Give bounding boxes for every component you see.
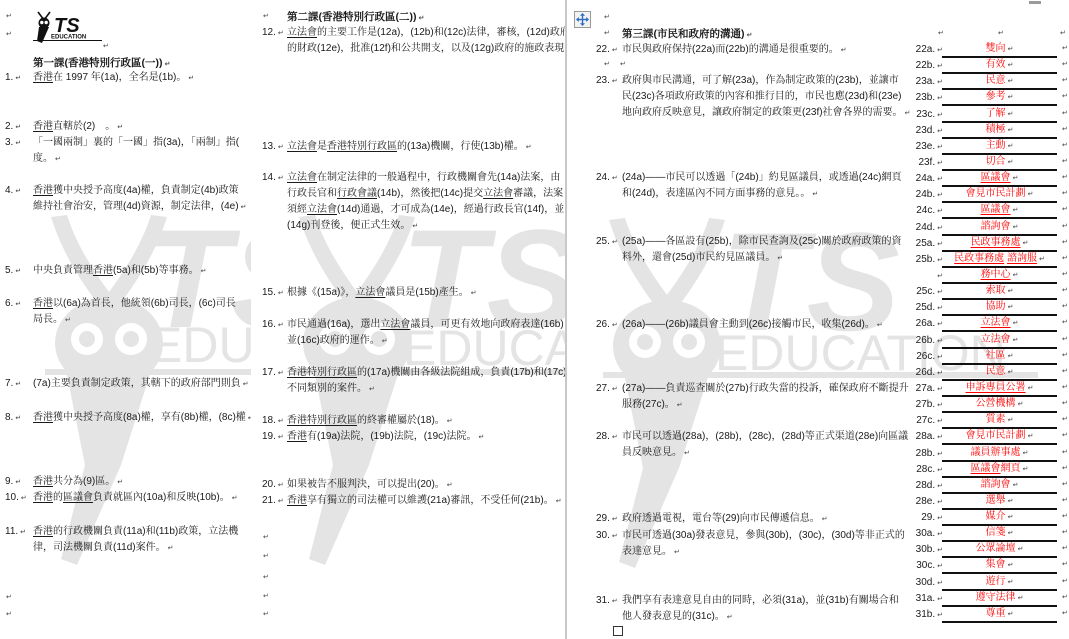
answer-cell: 立法會↵ (942, 333, 1057, 349)
proper-noun: 香港特別行政區 (287, 415, 357, 426)
paragraph-mark: ↵ (1062, 448, 1068, 456)
question-line: (14g)刊登後，便正式生效。↵ (287, 218, 564, 234)
paragraph-mark: ↵ (1018, 546, 1024, 553)
paragraph-mark: ↵ (1062, 76, 1068, 84)
paragraph-mark: ↵ (604, 29, 610, 39)
paragraph-mark: ↵ (165, 61, 171, 68)
answer-cell: 諮詢會↵ (942, 220, 1057, 236)
paragraph-mark: ↵ (1013, 482, 1019, 489)
paragraph-mark: ↵ (822, 516, 828, 523)
question-number: 22.↵ (596, 42, 618, 59)
question-line: 須經立法會(14d)通過，才可成為(14e)，經過行政長官(14f)，並 (287, 202, 564, 218)
paragraph-mark: ↵ (674, 549, 680, 556)
text-segment: (27a)——負責巡查關於(27b)行政失當的投訴，確保政府不斷提升 (622, 383, 909, 394)
question-line: 香港特別行政區的終審權屬於(18)。↵ (287, 413, 453, 429)
question-number-text: 12. (262, 27, 276, 38)
answer-label: 23b.↵ (895, 91, 943, 106)
answer-cell: 議員辦事處↵ (942, 446, 1057, 462)
document-page: TS EDUCATION TS EDUCATION 第一課(香港特別行政區(一)… (0, 0, 1069, 639)
paragraph-mark: ↵ (6, 610, 12, 620)
answer-cell: 遊行↵ (942, 575, 1057, 591)
answer-label-text: 26b. (916, 335, 935, 346)
question-number-text: 24. (596, 172, 610, 183)
answer-label: 23a.↵ (895, 75, 943, 90)
paragraph-mark: ↵ (1023, 466, 1029, 473)
question-number-text: 2. (5, 121, 13, 132)
question-text: 我們享有表達意見自由的同時，必須(31a)，並(31b)有關場合和他人發表意見的… (622, 593, 899, 625)
answer-label: 28b.↵ (895, 447, 943, 462)
proper-noun: 香港 (33, 412, 53, 423)
page-column-lesson-2: TS EDUCATION 第二課(香港特別行政區(二))↵12.↵立法會的主要工… (253, 0, 565, 639)
paragraph-mark: ↵ (1062, 480, 1068, 488)
proper-noun: 香港 (33, 185, 53, 196)
paragraph-mark: ↵ (15, 75, 21, 82)
answer-label-text: 25d. (916, 302, 935, 313)
paragraph-mark: ↵ (1062, 109, 1068, 117)
answer-row: ↵務中心↵↵ (895, 268, 1069, 284)
paragraph-mark: ↵ (278, 482, 284, 489)
question-line: 立法會的主要工作是(12a)，(12b)和(12c)法律，審核，(12d)政府 (287, 25, 565, 41)
answer-row: 23e.↵主動↵↵ (895, 139, 1069, 155)
paragraph-mark: ↵ (612, 533, 618, 540)
question-number: 7.↵ (5, 376, 21, 393)
question-number: 27.↵ (596, 381, 618, 398)
paragraph-mark: ↵ (1062, 44, 1068, 52)
question-text: 香港在 1997 年(1a)，全名是(1b)。↵ (33, 70, 194, 86)
answer-cell: 民意↵ (942, 74, 1057, 90)
text-segment: 「一國兩制」裏的「一國」指(3a)，「兩制」指( (33, 137, 239, 148)
answer-cell: 有效↵ (942, 58, 1057, 74)
text-segment: 獲中央授予高度(8a)權，享有(8b)權，(8c)權 (53, 412, 246, 423)
proper-noun: 區議會 (63, 492, 93, 503)
paragraph-mark: ↵ (1008, 288, 1014, 295)
paragraph-mark: ↵ (1028, 385, 1034, 392)
question-number-text: 3. (5, 137, 13, 148)
question-number-text: 16. (262, 319, 276, 330)
question-line: 政府透過電視，電台等(29)向市民傳遞信息。↵ (622, 511, 828, 527)
answer-label-text: 31b. (916, 609, 935, 620)
question-number-text: 1. (5, 72, 13, 83)
paragraph-mark: ↵ (612, 239, 618, 246)
question-number: 21.↵ (262, 493, 284, 510)
question-number-text: 28. (596, 431, 610, 442)
answer-label: 25d.↵ (895, 301, 943, 316)
paragraph-mark: ↵ (1062, 335, 1068, 343)
owl-pen-icon (37, 12, 50, 43)
question-line: 如果被告不服判決，可以提出(20)。↵ (287, 477, 453, 493)
text-segment: 以(6a)為首長，他統領(6b)司長，(6c)司長 (53, 298, 236, 309)
paragraph-mark: ↵ (1008, 62, 1014, 69)
answer-row: 22a.↵雙向↵↵ (895, 42, 1069, 58)
answer-cell: 遵守法律↵ (942, 591, 1057, 607)
answer-row: 24d.↵諮詢會↵↵ (895, 220, 1069, 236)
text-segment: (14b)，然後把(14c)提交 (377, 188, 483, 199)
question-line: 香港的行政機關負責(11a)和(11b)政策，立法機 (33, 524, 238, 540)
answer-label-text: 22a. (916, 44, 935, 55)
question-text: (24a)——市民可以透過「(24b)」約見區議員，或透過(24c)網頁和(24… (622, 170, 901, 202)
answer-text: 諮詢會 (981, 221, 1011, 232)
answer-label-text: 25b. (916, 254, 935, 265)
paragraph-mark: ↵ (1013, 175, 1019, 182)
text-segment: 不同類別的案件。 (287, 383, 367, 394)
question-number: 18.↵ (262, 413, 284, 430)
paragraph-mark: ↵ (1062, 302, 1068, 310)
question-line: 地向政府反映意見，讓政府制定的政策更(23f)社會各界的需要。↵ (622, 105, 910, 121)
text-segment: 在制定法律的一般過程中，行政機關會先(14a)法案，由 (317, 172, 560, 183)
paragraph-mark: ↵ (1062, 157, 1068, 165)
text-segment: 的 (53, 492, 63, 503)
question-text: 香港共分為(9)區。↵ (33, 474, 123, 490)
paragraph-mark: ↵ (612, 78, 618, 85)
answer-cell: 積極↵ (942, 123, 1057, 139)
question-line: 香港有(19a)法院，(19b)法院，(19c)法院。↵ (287, 429, 484, 445)
answer-row: 25b.↵民政事務處 諮詢服↵↵ (895, 252, 1069, 268)
question-number-text: 10. (5, 492, 19, 503)
question-line: 我們享有表達意見自由的同時，必須(31a)，並(31b)有關場合和 (622, 593, 899, 609)
question-text: 香港有(19a)法院，(19b)法院，(19c)法院。↵ (287, 429, 484, 445)
answer-text: 民意 (986, 75, 1006, 86)
paragraph-mark: ↵ (1062, 189, 1068, 197)
question-text: 香港特別行政區的(17a)機關由各級法院組成，負責(17b)和(17c)不同類別… (287, 365, 565, 397)
paragraph-mark: ↵ (1008, 111, 1014, 118)
answer-cell: 民意↵ (942, 365, 1057, 381)
paragraph-mark: ↵ (15, 479, 21, 486)
paragraph-mark: ↵ (243, 381, 249, 388)
text-segment: 須經 (287, 204, 307, 215)
answer-cell: 公眾論壇↵ (942, 542, 1057, 558)
answer-row: 28b.↵議員辦事處↵↵ (895, 446, 1069, 462)
question-number-text: 14. (262, 172, 276, 183)
paragraph-mark: ↵ (612, 175, 618, 182)
paragraph-mark: ↵ (278, 418, 284, 425)
question-number: 11.↵ (5, 524, 26, 541)
paragraph-mark: ↵ (248, 415, 251, 422)
paragraph-mark: ↵ (447, 418, 453, 425)
paragraph-mark: ↵ (201, 268, 207, 275)
answer-cell: 選舉↵ (942, 494, 1057, 510)
answer-text: 有效 (986, 59, 1006, 70)
paragraph-mark: ↵ (20, 529, 26, 536)
answer-label-text: 31a. (916, 593, 935, 604)
text-segment: 維持社會治安，管理(4d)資源，制定法律，(4e) (33, 201, 239, 212)
answer-row: 26b.↵立法會↵↵ (895, 333, 1069, 349)
paragraph-mark: ↵ (1062, 238, 1068, 246)
answer-text: 遵守法律 (976, 592, 1016, 603)
text-segment: 如果被告不服判決，可以提出(20)。 (287, 479, 445, 490)
paragraph-mark: ↵ (1062, 173, 1068, 181)
watermark-brand: TS (145, 215, 251, 357)
question-text: 立法會是香港特別行政區的(13a)機關，行使(13b)權。↵ (287, 139, 532, 155)
answer-label: 30b.↵ (895, 543, 943, 558)
question-text: 如果被告不服判決，可以提出(20)。↵ (287, 477, 453, 493)
question-number-text: 7. (5, 378, 13, 389)
paragraph-mark: ↵ (278, 144, 284, 151)
answer-row: 27b.↵公營機構↵↵ (895, 397, 1069, 413)
text-segment: 律，司法機關負責(11d)案件。 (33, 542, 166, 553)
question-number: 6.↵ (5, 296, 21, 313)
paragraph-mark: ↵ (1062, 415, 1068, 423)
question-number-text: 20. (262, 479, 276, 490)
text-segment: 並(16c)政府的運作。 (287, 335, 380, 346)
paragraph-mark: ↵ (684, 450, 690, 457)
question-text: 香港以(6a)為首長，他統領(6b)司長，(6c)司長局長。↵ (33, 296, 236, 328)
paragraph-mark: ↵ (1013, 272, 1019, 279)
answer-cell: 諮詢會↵ (942, 478, 1057, 494)
answer-row: 25c.↵索取↵↵ (895, 284, 1069, 300)
answer-text: 議員辦事處 (971, 447, 1021, 458)
paragraph-mark: ↵ (1062, 318, 1068, 326)
question-text: 市民可透過(30a)發表意見，參與(30b)，(30c)，(30d)等非正式的表… (622, 528, 905, 560)
question-line: 香港以(6a)為首長，他統領(6b)司長，(6c)司長 (33, 296, 236, 312)
paragraph-mark: ↵ (65, 317, 71, 324)
answer-text: 質素 (986, 414, 1006, 425)
paragraph-mark: ↵ (6, 12, 12, 22)
paragraph-mark: ↵ (117, 479, 123, 486)
text-segment: 員反映意見。 (622, 447, 682, 458)
question-line: 料外，還會(25d)市民約見區議員。↵ (622, 250, 901, 266)
question-number: 4.↵ (5, 183, 21, 200)
proper-noun: 香港 (33, 72, 53, 83)
question-line: (26a)——(26b)議員會主動到(26c)接觸市民，收集(26d)。↵ (622, 317, 883, 333)
question-number: 17.↵ (262, 365, 284, 382)
question-number: 8.↵ (5, 410, 21, 427)
paragraph-mark: ↵ (278, 498, 284, 505)
paragraph-mark: ↵ (612, 598, 618, 605)
question-line: 香港獲中央授予高度(8a)權，享有(8b)權，(8c)權↵ (33, 410, 251, 426)
answer-label-text: 23f. (918, 157, 935, 168)
answer-label: 22b.↵ (895, 59, 943, 74)
question-number-text: 8. (5, 412, 13, 423)
answer-label: 22a.↵ (895, 43, 943, 58)
answer-cell: 媒介↵ (942, 510, 1057, 526)
answer-text: 索取 (986, 285, 1006, 296)
proper-noun: 立法會 (287, 141, 317, 152)
answer-label: 29.↵ (895, 511, 943, 526)
answer-row: 31a.↵遵守法律↵↵ (895, 591, 1069, 607)
question-line: 行政長官和行政會議(14b)，然後把(14c)提交立法會審議，法案 (287, 186, 564, 202)
paragraph-mark: ↵ (526, 144, 532, 151)
question-number-text: 17. (262, 367, 276, 378)
question-number: 9.↵ (5, 474, 21, 491)
paragraph-mark: ↵ (1062, 141, 1068, 149)
answer-label: 26d.↵ (895, 366, 943, 381)
paragraph-mark: ↵ (1008, 369, 1014, 376)
paragraph-mark: ↵ (15, 140, 21, 147)
text-segment: (14g)刊登後，便正式生效。 (287, 220, 410, 231)
question-line: 度。↵ (33, 151, 239, 167)
question-number: 20.↵ (262, 477, 284, 494)
scroll-indicator (1029, 1, 1041, 4)
question-line: (7a)主要負責制定政策，其轄下的政府部門則負↵ (33, 376, 249, 392)
answer-text: 切合 (986, 156, 1006, 167)
question-line: 香港直轄於(2) 。↵ (33, 119, 123, 135)
question-number-text: 15. (262, 287, 276, 298)
paragraph-mark: ↵ (241, 204, 247, 211)
answer-row: 29.↵媒介↵↵ (895, 510, 1069, 526)
text-segment: (24a)——市民可以透過「(24b)」約見區議員，或透過(24c)網頁 (622, 172, 901, 183)
question-line: 局長。↵ (33, 312, 236, 328)
answer-label: 27b.↵ (895, 398, 943, 413)
question-line: 民(23c)各項政府政策的內容和推行目的，市民也應(23d)和(23e) (622, 89, 910, 105)
question-number-text: 25. (596, 236, 610, 247)
question-number-text: 9. (5, 476, 13, 487)
question-line: 香港在 1997 年(1a)，全名是(1b)。↵ (33, 70, 194, 86)
answer-label: 24a.↵ (895, 172, 943, 187)
question-text: (27a)——負責巡查關於(27b)行政失當的投訴，確保政府不斷提升服務(27c… (622, 381, 909, 413)
question-line: 根據《(15a)》，立法會議員是(15b)產生。↵ (287, 285, 477, 301)
answer-text: 尊重 (986, 608, 1006, 619)
answer-text: 媒介 (986, 511, 1006, 522)
paragraph-mark: ↵ (1062, 593, 1068, 601)
proper-noun: 香港 (33, 526, 53, 537)
answer-row: 23f.↵切合↵↵ (895, 155, 1069, 171)
text-segment: 市民與政府保持(22a)而(22b)的溝通是很重要的。 (622, 44, 839, 55)
question-line: 中央負責管理香港(5a)和(5b)等事務。↵ (33, 263, 206, 279)
answer-text: 遊行 (986, 576, 1006, 587)
answer-row: 28c.↵區議會網頁↵↵ (895, 462, 1069, 478)
answer-label-text: 27c. (916, 415, 935, 426)
question-number: 26.↵ (596, 317, 618, 334)
paragraph-mark: ↵ (1018, 401, 1024, 408)
paragraph-mark: ↵ (612, 434, 618, 441)
proper-noun: 香港 (33, 476, 53, 487)
text-segment: 地向政府反映意見，讓政府制定的政策更(23f)社會各界的需要。 (622, 107, 903, 118)
answer-cell: 雙向↵ (942, 42, 1057, 58)
question-number: 24.↵ (596, 170, 618, 187)
answer-label: 23f.↵ (895, 156, 943, 171)
paragraph-mark: ↵ (263, 573, 269, 583)
question-line: 立法會在制定法律的一般過程中，行政機關會先(14a)法案，由 (287, 170, 564, 186)
question-line: 他人發表意見的(31c)。↵ (622, 609, 899, 625)
answer-row: 24b.↵會見市民計劃↵↵ (895, 187, 1069, 203)
answer-row: 27a.↵申訴專員公署↵↵ (895, 381, 1069, 397)
text-segment: 的財政(12e)，批准(12f)和公共開支，以及(12g)政府的施政表現等 (287, 43, 565, 54)
table-move-handle[interactable] (574, 11, 591, 28)
paragraph-mark: ↵ (1062, 544, 1068, 552)
paragraph-mark: ↵ (1008, 304, 1014, 311)
proper-noun: 香港 (33, 492, 53, 503)
proper-noun: 香港特別行政區 (327, 141, 397, 152)
paragraph-mark: ↵ (727, 614, 733, 621)
answer-label: 24d.↵ (895, 221, 943, 236)
paragraph-mark: ↵ (419, 15, 425, 22)
answer-label-text: 30a. (916, 528, 935, 539)
paragraph-mark: ↵ (263, 610, 269, 620)
paragraph-mark: ↵ (1013, 337, 1019, 344)
question-line: 市民通過(16a)，選出立法會議員，可更有效地向政府表達(16b) (287, 317, 564, 333)
paragraph-mark: ↵ (1028, 191, 1034, 198)
answer-row: 25d.↵協助↵↵ (895, 300, 1069, 316)
question-text: 根據《(15a)》，立法會議員是(15b)產生。↵ (287, 285, 477, 301)
question-text: (7a)主要負責制定政策，其轄下的政府部門則負↵ (33, 376, 249, 392)
answer-row: 24a.↵區議會↵↵ (895, 171, 1069, 187)
answer-row: 25a.↵民政事務處↵↵ (895, 236, 1069, 252)
paragraph-mark: ↵ (1018, 595, 1024, 602)
answer-label-text: 23e. (916, 141, 935, 152)
answer-text: 立法會 (981, 334, 1011, 345)
paragraph-mark: ↵ (604, 13, 610, 23)
paragraph-mark: ↵ (168, 545, 174, 552)
question-number-text: 31. (596, 595, 610, 606)
paragraph-mark: ↵ (6, 30, 12, 40)
text-segment: 直轄於(2) 。 (53, 121, 115, 132)
answer-text: 主動 (986, 140, 1006, 151)
paragraph-mark: ↵ (1008, 159, 1014, 166)
proper-noun: 立法會 (380, 319, 410, 330)
question-line: 市民與政府保持(22a)而(22b)的溝通是很重要的。↵ (622, 42, 847, 58)
question-text: 立法會在制定法律的一般過程中，行政機關會先(14a)法案，由行政長官和行政會議(… (287, 170, 564, 234)
question-number-text: 29. (596, 513, 610, 524)
answer-label: 25c.↵ (895, 285, 943, 300)
answer-label-text: 24c. (916, 205, 935, 216)
question-number-text: 6. (5, 298, 13, 309)
answer-row: 23b.↵參考↵↵ (895, 90, 1069, 106)
paragraph-mark: ↵ (278, 434, 284, 441)
paragraph-mark: ↵ (188, 75, 194, 82)
paragraph-mark: ↵ (15, 188, 21, 195)
answer-label: 30d.↵ (895, 576, 943, 591)
answer-label-text: 27a. (916, 383, 935, 394)
paragraph-mark: ↵ (412, 223, 418, 230)
answer-label: 26b.↵ (895, 334, 943, 349)
lesson-title-text: 第二課(香港特別行政區(二)) (287, 11, 417, 23)
paragraph-mark: ↵ (1023, 450, 1029, 457)
answer-row: 28e.↵選舉↵↵ (895, 494, 1069, 510)
paragraph-mark: ↵ (1013, 320, 1019, 327)
text-segment: 度。 (33, 153, 53, 164)
answer-text: 雙向 (986, 43, 1006, 54)
text-segment: 行政長官和 (287, 188, 337, 199)
proper-noun: 立法會 (287, 172, 317, 183)
paragraph-mark: ↵ (15, 301, 21, 308)
question-line: 表達意見。↵ (622, 544, 905, 560)
paragraph-mark: ↵ (278, 175, 284, 182)
paragraph-mark: ↵ (1062, 205, 1068, 213)
answer-label-text: 24a. (916, 173, 935, 184)
paragraph-mark: ↵ (1062, 222, 1068, 230)
paragraph-mark: ↵ (1013, 224, 1019, 231)
answer-text: 了解 (986, 108, 1006, 119)
paragraph-mark: ↵ (1008, 417, 1014, 424)
text-segment: 負責就區內(10a)和反映(10b)。 (93, 492, 230, 503)
question-text: 香港獲中央授予高度(4a)權，負責制定(4b)政策維持社會治安，管理(4d)資源… (33, 183, 246, 215)
answer-label: 30c.↵ (895, 559, 943, 574)
text-segment: (5a)和(5b)等事務。 (113, 265, 199, 276)
answer-label-text: 30c. (916, 560, 935, 571)
question-line: 香港特別行政區的(17a)機關由各級法院組成，負責(17b)和(17c) (287, 365, 565, 381)
answer-cell: 索取↵ (942, 284, 1057, 300)
proper-noun: 立法會 (307, 204, 337, 215)
text-segment: 是 (317, 141, 327, 152)
answer-text: 諮詢會 (981, 479, 1011, 490)
paragraph-mark: ↵ (877, 322, 883, 329)
answer-cell: 區議會↵ (942, 203, 1057, 219)
text-segment: 議員是(15b)產生。 (385, 287, 468, 298)
proper-noun: 香港 (287, 495, 307, 506)
paragraph-mark: ↵ (1062, 528, 1068, 536)
answer-row: 28a.↵會見市民計劃↵↵ (895, 429, 1069, 445)
answer-label: ↵ (895, 269, 943, 284)
logo-tagline: EDUCATION (51, 35, 86, 41)
answer-label: 27a.↵ (895, 382, 943, 397)
answer-label-text: 23c. (916, 109, 935, 120)
answer-label-text: 29. (921, 512, 935, 523)
paragraph-mark: ↵ (232, 495, 238, 502)
paragraph-mark: ↵ (1023, 240, 1029, 247)
text-segment: 表達意見。 (622, 546, 672, 557)
text-segment: 市民可以透過(28a)，(28b)，(28c)，(28d)等正式渠道(28e)向… (622, 431, 908, 442)
proper-noun: 香港特別行政區 (287, 367, 357, 378)
